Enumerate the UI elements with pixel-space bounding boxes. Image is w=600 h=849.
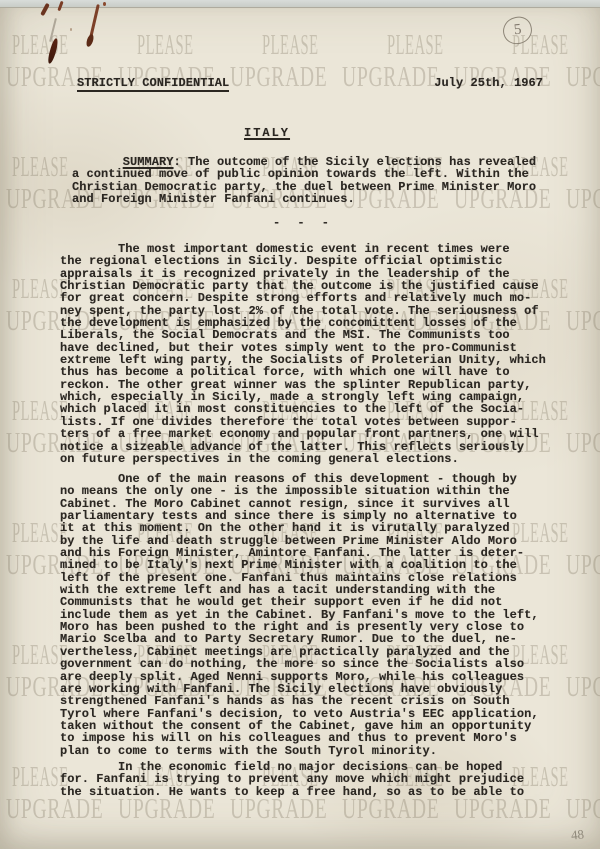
paragraph-2: One of the main reasons of this developm… (60, 473, 539, 757)
handwritten-folio-number: 48 (570, 826, 585, 843)
watermark-word: UPGRADE (566, 64, 600, 92)
watermark-word: PLEASE (262, 32, 319, 60)
watermark-word: UPGRADE (566, 186, 600, 214)
watermark-word: UPGRADE (454, 796, 551, 824)
watermark-word: UPGRADE (118, 796, 215, 824)
classification-stamp: STRICTLY CONFIDENTIAL (77, 77, 229, 92)
watermark-word: PLEASE (12, 154, 69, 182)
document-title: ITALY (244, 127, 290, 139)
watermark-word: UPGRADE (566, 308, 600, 336)
section-separator: - - - (60, 217, 547, 229)
watermark-word: UPGRADE (566, 796, 600, 824)
watermark-word: UPGRADE (342, 796, 439, 824)
watermark-word: UPGRADE (566, 674, 600, 702)
document-date: July 25th, 1967 (434, 77, 543, 89)
document-page: PLEASEPLEASEPLEASEPLEASEPLEASEUPGRADEUPG… (0, 0, 600, 849)
summary-paragraph: SUMMARY: The outcome of the Sicily elect… (72, 156, 536, 205)
paragraph-1: The most important domestic event in rec… (60, 243, 546, 465)
watermark-word: UPGRADE (566, 430, 600, 458)
ink-stain-dot (103, 2, 106, 6)
watermark-word: PLEASE (137, 32, 194, 60)
paragraph-3: In the economic field no major decisions… (60, 761, 524, 798)
ink-stain-dot (70, 28, 72, 31)
watermark-word: UPGRADE (566, 552, 600, 580)
watermark-word: PLEASE (387, 32, 444, 60)
watermark-word: PLEASE (12, 32, 69, 60)
watermark-word: UPGRADE (6, 796, 103, 824)
watermark-word: UPGRADE (230, 64, 327, 92)
watermark-word: UPGRADE (342, 64, 439, 92)
watermark-word: UPGRADE (230, 796, 327, 824)
circled-page-number-text: 5 (513, 22, 522, 40)
